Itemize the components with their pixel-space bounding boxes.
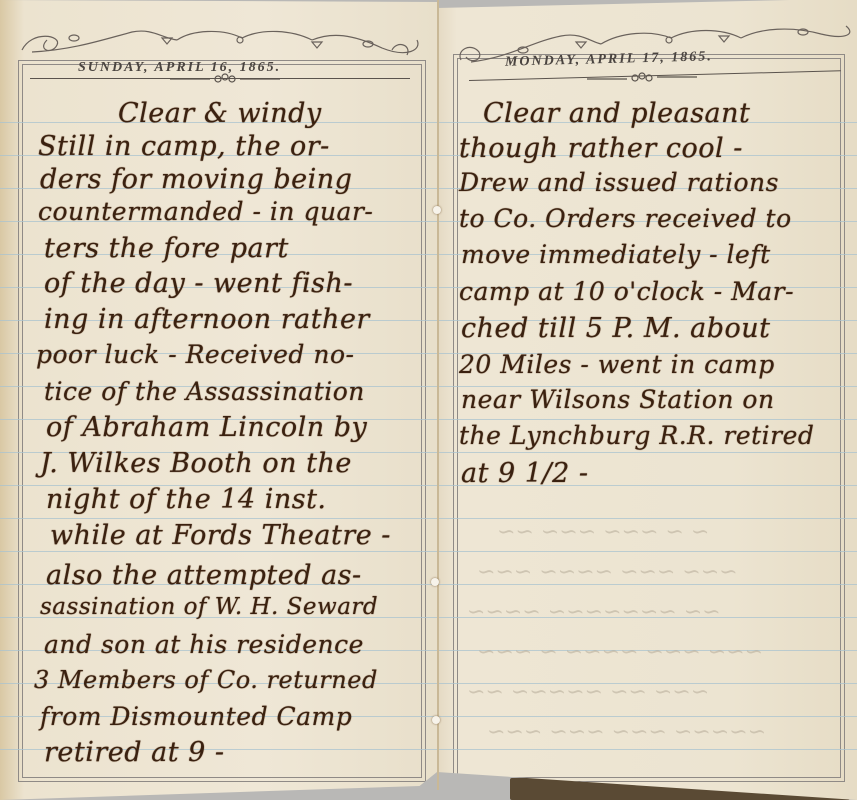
handwritten-line: near Wilsons Station on xyxy=(461,385,775,414)
handwritten-line: though rather cool - xyxy=(459,133,743,164)
bleed-through-writing: ~~~ ~~~ ~~~~ ~~~ xyxy=(477,560,738,585)
handwritten-line: at 9 1/2 - xyxy=(461,458,588,489)
handwritten-line: ched till 5 P. M. about xyxy=(461,313,771,344)
book-spine-gutter xyxy=(437,0,439,790)
stitch-hole xyxy=(432,716,440,724)
handwritten-line: retired at 9 - xyxy=(44,737,225,768)
header-rule-ornament xyxy=(170,72,280,86)
bleed-through-writing: ~ ~ ~~~ ~~~ ~~ xyxy=(497,520,709,545)
ruled-line xyxy=(437,749,857,750)
ruled-line xyxy=(437,452,857,453)
handwritten-line: Still in camp, the or- xyxy=(38,131,330,162)
ruled-line xyxy=(437,716,857,717)
handwritten-line: Drew and issued rations xyxy=(459,168,779,197)
handwritten-line: Clear & windy xyxy=(118,98,322,129)
diary-page-right: MONDAY, APRIL 17, 1865. ~ ~ ~~~ ~~~ ~~ ~… xyxy=(437,0,857,800)
header-rule-ornament xyxy=(587,71,697,85)
handwritten-line: sassination of W. H. Seward xyxy=(40,594,378,620)
handwritten-line: also the attempted as- xyxy=(46,560,362,591)
stitch-hole xyxy=(433,206,441,214)
ruled-line xyxy=(437,419,857,420)
bleed-through-writing: ~~ ~~~~~~~ ~~~~ xyxy=(467,600,721,625)
handwritten-line: poor luck - Received no- xyxy=(36,340,354,369)
handwritten-line: countermanded - in quar- xyxy=(38,197,373,226)
handwritten-line: the Lynchburg R.R. retired xyxy=(459,421,814,450)
handwritten-line: Clear and pleasant xyxy=(483,98,750,129)
stitch-hole xyxy=(431,578,439,586)
handwritten-line: of Abraham Lincoln by xyxy=(46,412,367,443)
page-border-inner xyxy=(457,58,841,778)
handwritten-line: move immediately - left xyxy=(461,240,771,269)
handwritten-line: ters the fore part xyxy=(44,233,289,264)
ruled-line xyxy=(437,518,857,519)
handwritten-line: night of the 14 inst. xyxy=(46,484,327,515)
ruled-line xyxy=(0,551,437,552)
bleed-through-writing: ~~~ ~~~ ~~~~ ~ ~~~ xyxy=(477,640,763,665)
bleed-through-writing: ~~~~~ ~~~ ~~~ ~~~ xyxy=(487,720,766,745)
handwritten-line: camp at 10 o'clock - Mar- xyxy=(459,277,794,306)
handwritten-line: from Dismounted Camp xyxy=(40,702,352,731)
handwritten-line: to Co. Orders received to xyxy=(459,204,792,233)
ruled-line xyxy=(0,518,437,519)
handwritten-line: J. Wilkes Booth on the xyxy=(40,448,352,479)
bleed-through-writing: ~~~ ~~ ~~~~~ ~~ xyxy=(467,680,709,705)
handwritten-line: and son at his residence xyxy=(44,630,364,659)
ruled-line xyxy=(437,551,857,552)
handwritten-line: 3 Members of Co. returned xyxy=(34,666,378,694)
handwritten-line: ing in afternoon rather xyxy=(44,304,370,335)
handwritten-line: while at Fords Theatre - xyxy=(50,520,391,551)
diary-page-left: SUNDAY, APRIL 16, 1865. Clear & windy St… xyxy=(0,0,437,800)
handwritten-line: ders for moving being xyxy=(40,164,352,195)
handwritten-line: of the day - went fish- xyxy=(44,268,353,299)
handwritten-line: tice of the Assassination xyxy=(44,377,365,406)
handwritten-line: 20 Miles - went in camp xyxy=(459,350,775,379)
